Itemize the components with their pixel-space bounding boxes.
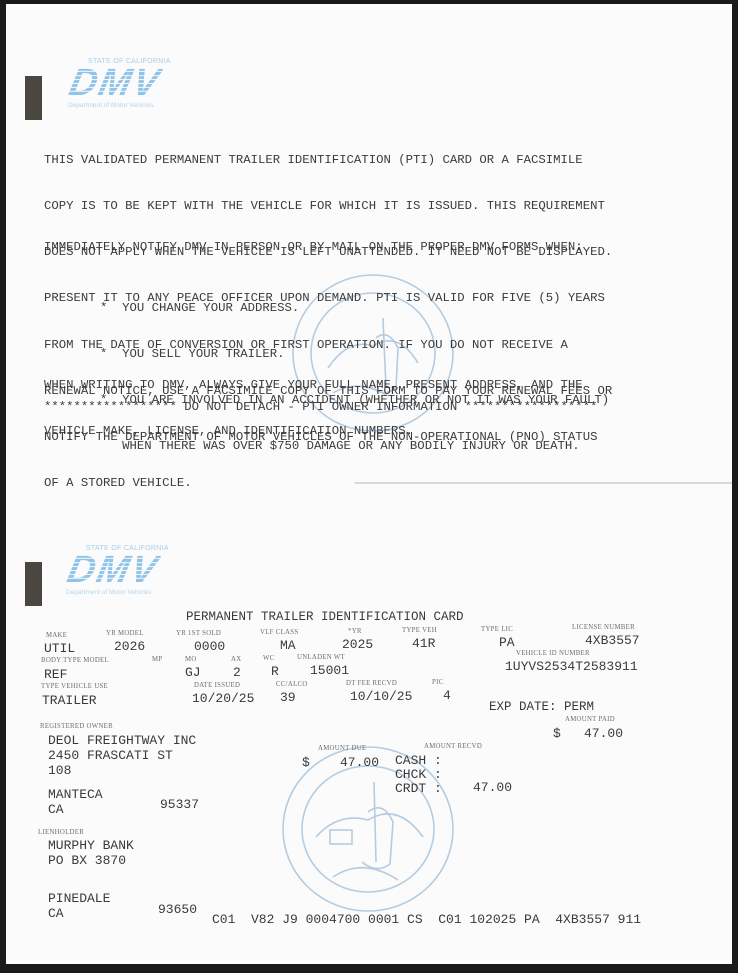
credit-amount-value: 47.00 xyxy=(473,780,512,795)
registered-owner-block: DEOL FREIGHTWAY INC 2450 FRASCATI ST 108 xyxy=(48,733,196,778)
owner-city: MANTECA xyxy=(48,787,103,802)
amount-due-currency: $ xyxy=(302,755,310,770)
notice-line: THIS VALIDATED PERMANENT TRAILER IDENTIF… xyxy=(44,153,612,168)
wc-label: WC xyxy=(263,655,275,662)
logo-department-text: Department of Motor Vehicles xyxy=(68,102,154,109)
owner-unit: 108 xyxy=(48,763,196,778)
perforation-divider xyxy=(6,482,732,484)
notice-line: COPY IS TO BE KEPT WITH THE VEHICLE FOR … xyxy=(44,199,612,214)
amount-paid-value: 47.00 xyxy=(584,726,623,741)
make-value: UTIL xyxy=(44,641,75,656)
mo-label: MO xyxy=(185,656,197,663)
owner-state: CA xyxy=(48,802,64,817)
notice-line: OF A STORED VEHICLE. xyxy=(44,476,612,491)
unladen-wt-value: 15001 xyxy=(310,663,349,678)
lienholder-label: LIENHOLDER xyxy=(38,829,84,836)
footer-control-code: C01 V82 J9 0004700 0001 CS C01 102025 PA… xyxy=(212,912,641,927)
dmv-logo: STATE OF CALIFORNIA DMV Department of Mo… xyxy=(68,58,208,116)
unladen-wt-label: UNLADEN WT xyxy=(297,654,345,661)
writing-line: VEHICLE MAKE, LICENSE, AND IDENTIFICATIO… xyxy=(44,424,583,439)
pic-value: 4 xyxy=(443,688,451,703)
date-issued-value: 10/20/25 xyxy=(192,691,254,706)
owner-zip: 95337 xyxy=(160,797,199,812)
ax-value: 2 xyxy=(233,665,241,680)
body-type-model-label: BODY TYPE MODEL xyxy=(41,657,109,664)
yr-model-value: 2026 xyxy=(114,639,145,654)
mp-label: MP xyxy=(152,656,162,663)
lienholder-street: PO BX 3870 xyxy=(48,853,134,868)
logo-department-text: Department of Motor Vehicles xyxy=(66,589,152,596)
dt-fee-recvd-label: DT FEE RECVD xyxy=(346,680,397,687)
cc-alco-value: 39 xyxy=(280,690,296,705)
payment-method-cash: CASH : xyxy=(395,754,442,768)
pic-label: PIC xyxy=(432,679,443,686)
amount-paid-currency: $ xyxy=(553,726,561,741)
type-vehicle-use-label: TYPE VEHICLE USE xyxy=(41,683,108,690)
lienholder-city: PINEDALE xyxy=(48,891,110,906)
cc-alco-label: CC/ALCO xyxy=(276,681,308,688)
vlf-class-label: VLF CLASS xyxy=(260,629,298,636)
type-lic-label: TYPE LIC xyxy=(481,626,513,633)
license-number-label: LICENSE NUMBER xyxy=(572,624,635,631)
vlf-class-value: MA xyxy=(280,638,296,653)
yr-model-label: YR MODEL xyxy=(106,630,144,637)
yr-1st-sold-label: YR 1ST SOLD xyxy=(176,630,221,637)
lienholder-name: MURPHY BANK xyxy=(48,838,134,853)
ax-label: AX xyxy=(231,656,241,663)
yr-label: *YR xyxy=(348,628,362,635)
registered-owner-label: REGISTERED OWNER xyxy=(40,723,113,730)
type-veh-value: 41R xyxy=(412,636,435,651)
amount-due-label: AMOUNT DUE xyxy=(318,745,366,752)
amount-recvd-label: AMOUNT RECVD xyxy=(424,743,482,750)
logo-brand-text: DMV xyxy=(64,551,163,589)
date-issued-label: DATE ISSUED xyxy=(194,682,240,689)
type-vehicle-use-value: TRAILER xyxy=(42,693,97,708)
wc-value: R xyxy=(271,664,279,679)
type-lic-value: PA xyxy=(499,635,515,650)
writing-line: WHEN WRITING TO DMV, ALWAYS GIVE YOUR FU… xyxy=(44,378,583,393)
yr-value: 2025 xyxy=(342,637,373,652)
make-label: MAKE xyxy=(46,632,67,639)
lienholder-block: MURPHY BANK PO BX 3870 xyxy=(48,838,134,868)
payment-method-check: CHCK : xyxy=(395,768,442,782)
amount-due-value: 47.00 xyxy=(340,755,379,770)
payment-methods: CASH : CHCK : CRDT : xyxy=(395,754,442,796)
type-veh-label: TYPE VEH xyxy=(402,627,437,634)
license-number-value: 4XB3557 xyxy=(585,633,640,648)
card-title: PERMANENT TRAILER IDENTIFICATION CARD xyxy=(186,610,464,624)
payment-method-credit: CRDT : xyxy=(395,782,442,796)
amount-paid-label: AMOUNT PAID xyxy=(565,716,615,723)
vehicle-id-number-value: 1UYVS2534T2583911 xyxy=(505,659,638,674)
owner-name: DEOL FREIGHTWAY INC xyxy=(48,733,196,748)
body-type-model-value: REF xyxy=(44,667,67,682)
mo-value: GJ xyxy=(185,665,201,680)
do-not-detach-line: ****************** DO NOT DETACH - PTI O… xyxy=(44,400,597,415)
lienholder-zip: 93650 xyxy=(158,902,197,917)
exp-date: EXP DATE: PERM xyxy=(489,700,594,714)
dt-fee-recvd-value: 10/10/25 xyxy=(350,689,412,704)
yr-1st-sold-value: 0000 xyxy=(194,639,225,654)
vehicle-id-number-label: VEHICLE ID NUMBER xyxy=(516,650,590,657)
logo-brand-text: DMV xyxy=(66,64,165,102)
owner-street: 2450 FRASCATI ST xyxy=(48,748,196,763)
notify-heading: IMMEDIATELY NOTIFY DMV IN PERSON OR BY M… xyxy=(44,240,583,255)
scan-registration-mark xyxy=(25,562,42,606)
lienholder-state: CA xyxy=(48,906,64,921)
bullet-item: * YOU CHANGE YOUR ADDRESS. xyxy=(100,301,609,316)
scan-registration-mark xyxy=(25,76,42,120)
dmv-logo: STATE OF CALIFORNIA DMV Department of Mo… xyxy=(66,545,206,603)
